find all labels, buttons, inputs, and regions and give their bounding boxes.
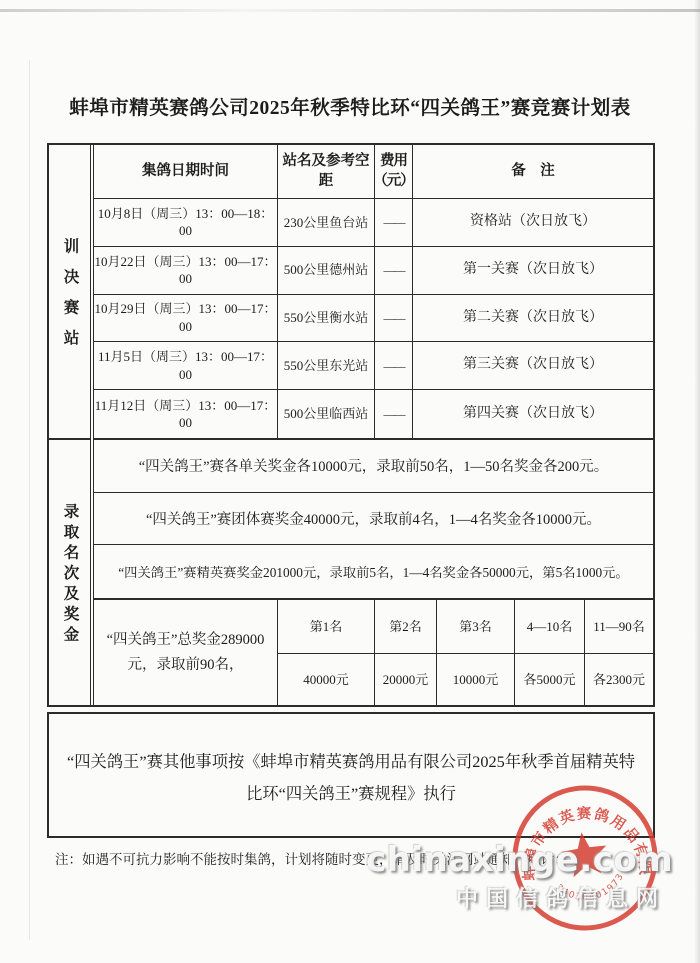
prize-value: 各5000元 — [515, 654, 585, 705]
prize-value: 各2300元 — [585, 654, 653, 705]
rank-header: 4—10名 — [515, 600, 585, 654]
rank-header: 第2名 — [375, 600, 437, 654]
prize-value: 10000元 — [437, 654, 515, 705]
table-row-date: 11月12日（周三）13：00—17：00 — [94, 390, 278, 438]
column-header-station: 站名及参考空距 — [278, 145, 375, 199]
page-title: 蚌埠市精英赛鸽公司2025年秋季特比环“四关鸽王”赛竞赛计划表 — [0, 92, 700, 120]
table-row-station: 550公里衡水站 — [278, 295, 375, 343]
row-group-labels: 训决赛站 录取名次及奖金 — [49, 145, 91, 705]
table-row-fee: —— — [375, 295, 413, 343]
table-row-station: 230公里鱼台站 — [278, 199, 375, 247]
rank-header: 11—90名 — [585, 600, 653, 654]
table-row-fee: —— — [375, 199, 413, 247]
table-row-date: 11月5日（周三）13：00—17：00 — [94, 342, 278, 390]
table-row-date: 10月29日（周三）13：00—17：00 — [94, 295, 278, 343]
watermark-site-name: 中国信鸽信息网 — [456, 882, 666, 913]
fee-header-text: 费用（元） — [373, 152, 414, 191]
prize-value: 20000元 — [375, 654, 437, 705]
column-header-remark: 备 注 — [413, 145, 653, 199]
table-row-fee: —— — [375, 247, 413, 295]
scan-artifact-right — [694, 0, 700, 963]
table-row-fee: —— — [375, 390, 413, 438]
plan-table-content: 集鸽日期时间 站名及参考空距 费用（元） 备 注 10月8日（周三）13：00—… — [93, 145, 653, 705]
table-row-station: 550公里东光站 — [278, 342, 375, 390]
prize-summary: “四关鸽王”总奖金289000元，录取前90名， — [94, 600, 278, 705]
column-header-fee: 费用（元） — [375, 145, 413, 199]
table-row-remark: 第三关赛（次日放飞） — [413, 342, 653, 390]
rank-header: 第3名 — [437, 600, 515, 654]
schedule-section: 集鸽日期时间 站名及参考空距 费用（元） 备 注 10月8日（周三）13：00—… — [94, 145, 653, 440]
table-row-station: 500公里德州站 — [278, 247, 375, 295]
table-row-fee: —— — [375, 342, 413, 390]
table-row-station: 500公里临西站 — [278, 390, 375, 438]
watermark-site-url: chinaxinge.com — [366, 840, 673, 880]
column-header-date: 集鸽日期时间 — [94, 145, 278, 199]
table-row-remark: 第一关赛（次日放飞） — [413, 247, 653, 295]
table-row-remark: 第四关赛（次日放飞） — [413, 390, 653, 438]
bonus-row: “四关鸽王”赛各单关奖金各10000元，录取前50名，1—50名奖金各200元。 — [94, 440, 653, 493]
prize-breakdown-section: “四关鸽王”总奖金289000元，录取前90名， 第1名 第2名 第3名 4—1… — [94, 600, 653, 705]
bonus-section: “四关鸽王”赛各单关奖金各10000元，录取前50名，1—50名奖金各200元。… — [94, 440, 653, 600]
scan-artifact-top — [0, 9, 700, 12]
section-label-prizes: 录取名次及奖金 — [49, 440, 90, 705]
table-row-remark: 资格站（次日放飞） — [413, 199, 653, 247]
bonus-row: “四关鸽王”赛精英赛奖金201000元，录取前5名，1—4名奖金各50000元，… — [94, 545, 653, 598]
table-row-date: 10月22日（周三）13：00—17：00 — [94, 247, 278, 295]
scan-artifact-left — [29, 60, 30, 940]
prize-value: 40000元 — [278, 654, 375, 705]
plan-table: 训决赛站 录取名次及奖金 集鸽日期时间 站名及参考空距 费用（元） 备 注 10… — [47, 143, 655, 707]
bonus-row: “四关鸽王”赛团体赛奖金40000元，录取前4名，1—4名奖金各10000元。 — [94, 493, 653, 546]
section-label-training-final: 训决赛站 — [49, 145, 90, 440]
table-row-remark: 第二关赛（次日放飞） — [413, 295, 653, 343]
rank-header: 第1名 — [278, 600, 375, 654]
table-row-date: 10月8日（周三）13：00—18：00 — [94, 199, 278, 247]
